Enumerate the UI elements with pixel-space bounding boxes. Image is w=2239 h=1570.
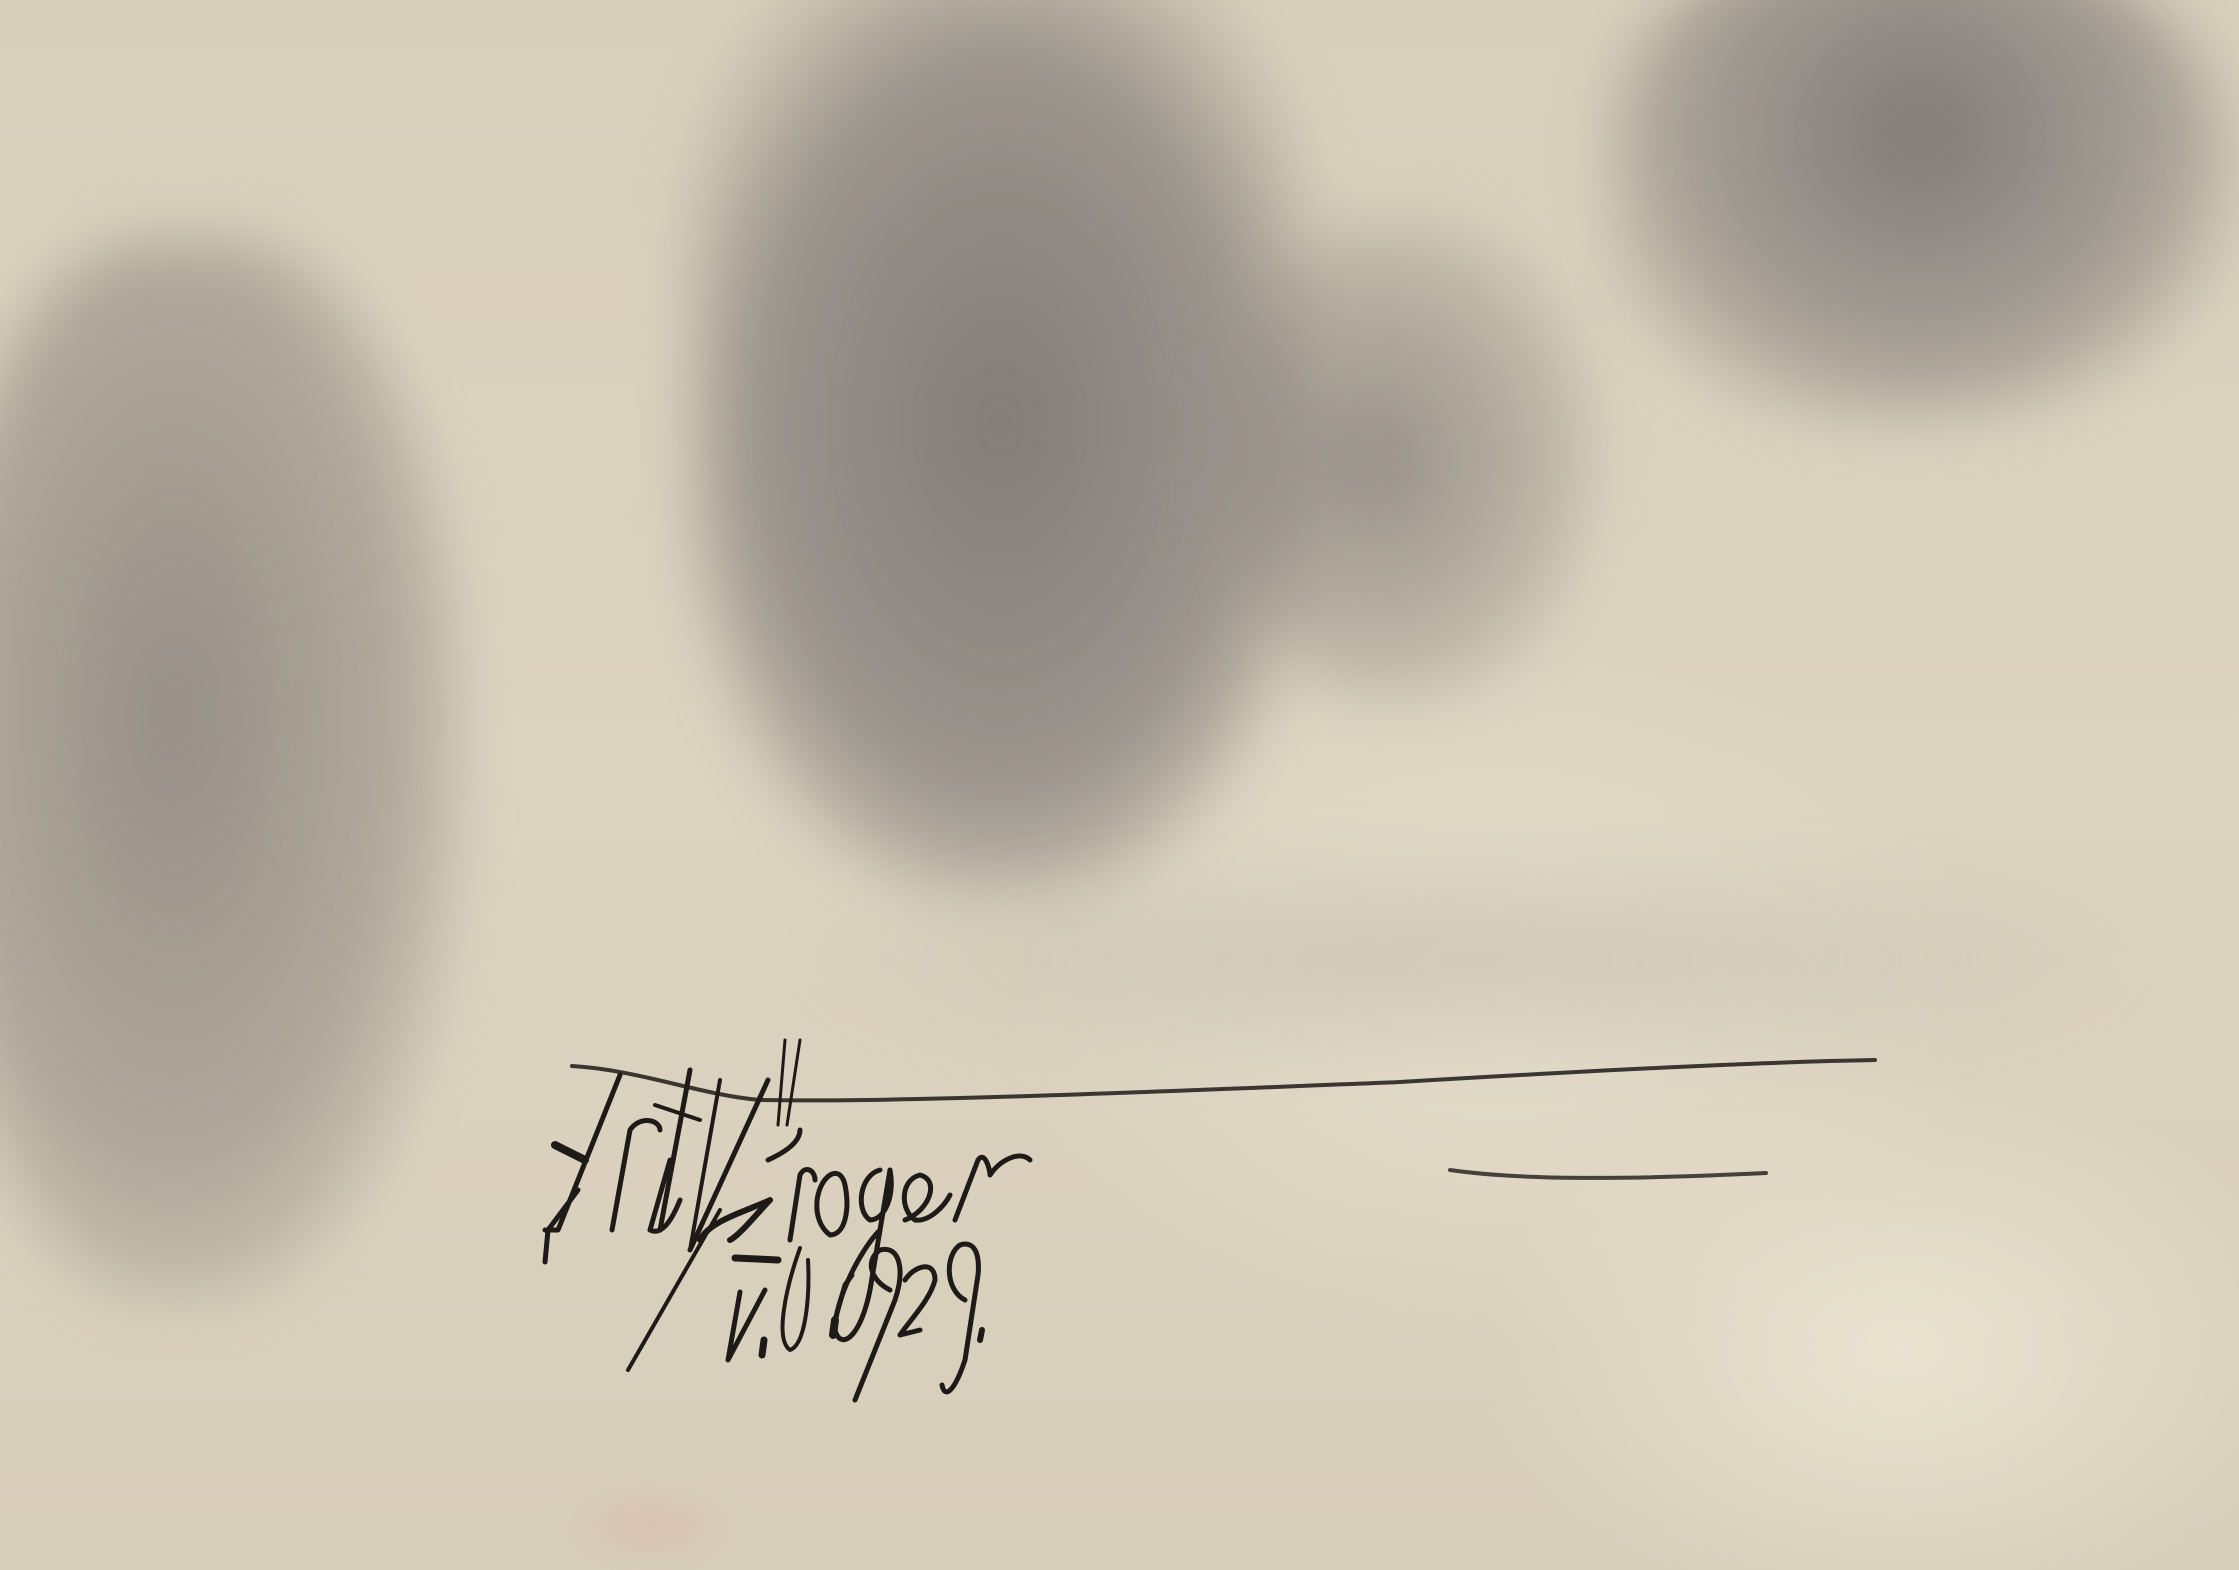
artist-signature <box>0 0 2239 1570</box>
artwork-canvas: Fritz Kröger V. 1929. <box>0 0 2239 1570</box>
